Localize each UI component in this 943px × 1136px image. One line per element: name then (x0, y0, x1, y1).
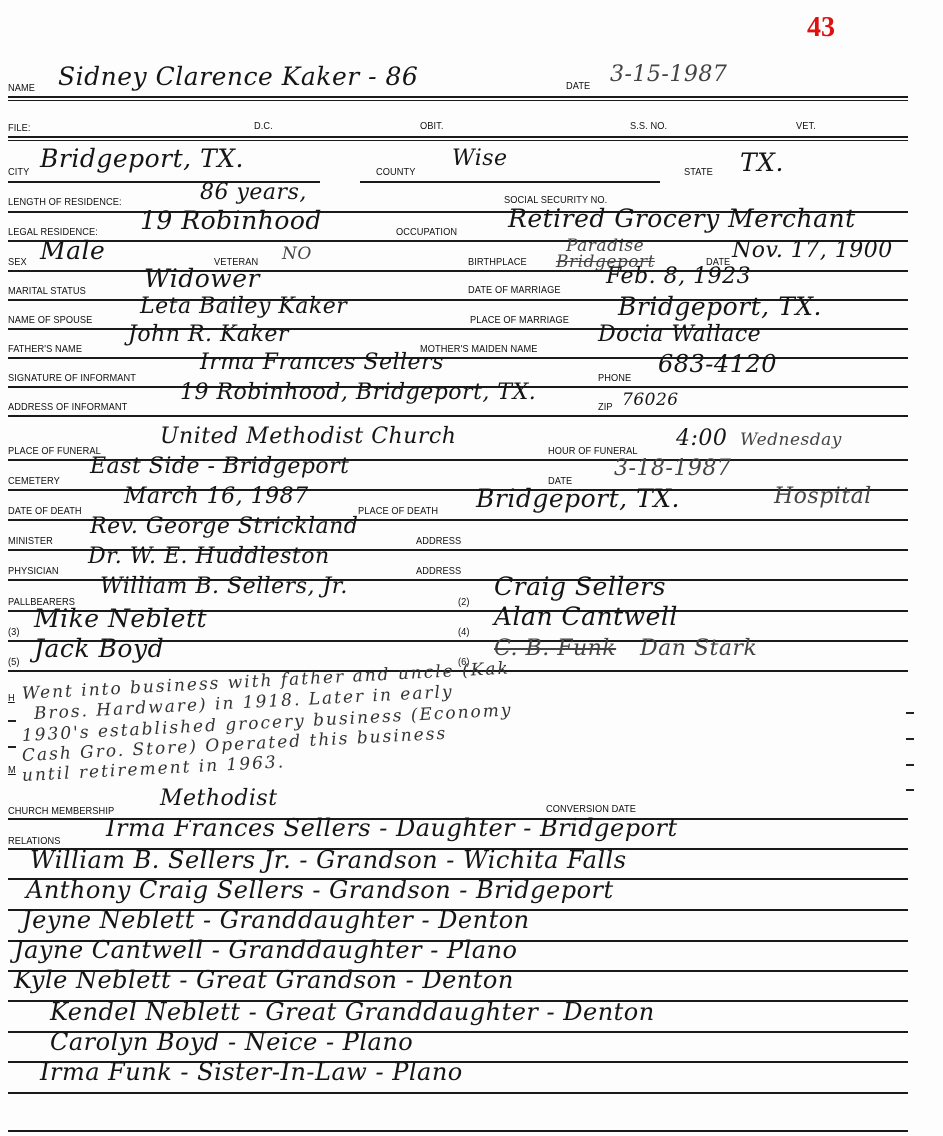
rule-file (8, 136, 908, 138)
marital-status-label: MARITAL STATUS (8, 285, 86, 297)
date-of-death-label: DATE OF DEATH (8, 505, 82, 517)
relation-4: Jeyne Neblett - Granddaughter - Denton (22, 906, 530, 934)
pallbearer-3: Mike Neblett (34, 604, 207, 633)
length-of-residence-label: LENGTH OF RESIDENCE: (8, 196, 122, 208)
pallbearer-4: Alan Cantwell (494, 602, 678, 631)
rule-rel-9 (8, 1092, 908, 1094)
date-of-marriage-value: Feb. 8, 1923 (606, 264, 751, 289)
h-label: H (8, 692, 15, 704)
vet-label: VET. (796, 120, 816, 132)
place-of-marriage-value: Bridgeport, TX. (618, 292, 822, 321)
marital-status-value: Widower (144, 264, 260, 293)
dash-mark (906, 764, 914, 766)
relation-1: Irma Frances Sellers - Daughter - Bridge… (106, 814, 678, 842)
date-of-death-value: March 16, 1987 (124, 484, 309, 509)
rule-name (8, 96, 908, 98)
dash-mark (906, 789, 914, 791)
cemetery-value: East Side - Bridgeport (90, 454, 350, 479)
place-of-death-note: Hospital (774, 484, 872, 509)
place-of-funeral-value: United Methodist Church (160, 424, 456, 449)
county-label: COUNTY (376, 166, 416, 178)
birthplace-value: Paradise (566, 236, 644, 256)
phone-value: 683-4120 (658, 350, 777, 378)
place-of-marriage-label: PLACE OF MARRIAGE (470, 314, 569, 326)
minister-address-label: ADDRESS (416, 535, 461, 547)
mothers-maiden-name-value: Docia Wallace (598, 322, 761, 347)
pallbearer-6-replacement: Dan Stark (640, 636, 757, 661)
minister-label: MINISTER (8, 535, 53, 547)
relation-2: William B. Sellers Jr. - Grandson - Wich… (30, 846, 627, 874)
relation-3: Anthony Craig Sellers - Grandson - Bridg… (26, 876, 614, 904)
hour-of-funeral-value: 4:00 (676, 426, 727, 451)
name-label: NAME (8, 82, 35, 94)
funeral-record-form: 43 NAME Sidney Clarence Kaker - 86 DATE … (0, 0, 943, 1136)
birthplace-label: BIRTHPLACE (468, 256, 527, 268)
pallbearer-6: C. B. Funk (494, 636, 616, 661)
zip-value: 76026 (622, 390, 679, 410)
minister-value: Rev. George Strickland (90, 514, 358, 539)
dc-label: D.C. (254, 120, 273, 132)
zip-label: ZIP (598, 401, 613, 413)
name-value: Sidney Clarence Kaker - 86 (58, 62, 418, 91)
dash-mark (906, 712, 914, 714)
phone-label: PHONE (598, 372, 631, 384)
fathers-name-label: FATHER'S NAME (8, 343, 82, 355)
signature-of-informant-label: SIGNATURE OF INFORMANT (8, 372, 136, 384)
rule-county (360, 181, 660, 183)
dash-mark (8, 746, 16, 748)
occupation-value: Retired Grocery Merchant (508, 204, 856, 233)
pallbearer-3-label: (3) (8, 626, 20, 638)
rule-rel-10 (8, 1130, 908, 1132)
place-of-death-value: Bridgeport, TX. (476, 484, 680, 513)
relation-7: Kendel Neblett - Great Granddaughter - D… (50, 998, 655, 1026)
place-of-death-label: PLACE OF DEATH (358, 505, 438, 517)
state-label: STATE (684, 166, 713, 178)
page-number: 43 (807, 12, 835, 44)
ss-no-label: S.S. NO. (630, 120, 667, 132)
m-label: M (8, 764, 16, 776)
sex-value: Male (40, 236, 105, 265)
pallbearer-5-label: (5) (8, 656, 20, 668)
cemetery-date-value: 3-18-1987 (614, 456, 731, 481)
name-of-spouse-label: NAME OF SPOUSE (8, 314, 92, 326)
hour-of-funeral-day: Wednesday (740, 430, 842, 450)
legal-residence-value: 19 Robinhood (140, 206, 322, 235)
sex-label: SEX (8, 256, 27, 268)
physician-value: Dr. W. E. Huddleston (88, 544, 330, 569)
address-of-informant-label: ADDRESS OF INFORMANT (8, 401, 127, 413)
relation-9: Irma Funk - Sister-In-Law - Plano (40, 1058, 463, 1086)
obit-label: OBIT. (420, 120, 444, 132)
date-of-marriage-label: DATE OF MARRIAGE (468, 284, 561, 296)
rule-sex (8, 270, 908, 272)
rule-address (8, 415, 908, 417)
cemetery-label: CEMETERY (8, 475, 60, 487)
relation-5: Jayne Cantwell - Granddaughter - Plano (14, 936, 517, 964)
signature-of-informant-value: Irma Frances Sellers (200, 350, 444, 375)
physician-address-label: ADDRESS (416, 565, 461, 577)
dash-mark (8, 720, 16, 722)
length-of-residence-value: 86 years, (200, 180, 307, 205)
church-membership-value: Methodist (160, 786, 278, 811)
pallbearer-5: Jack Boyd (34, 634, 164, 663)
name-of-spouse-value: Leta Bailey Kaker (140, 294, 347, 319)
occupation-label: OCCUPATION (396, 226, 457, 238)
date-value: 3-15-1987 (610, 62, 727, 87)
physician-label: PHYSICIAN (8, 565, 59, 577)
file-label: FILE: (8, 122, 31, 134)
address-of-informant-value: 19 Robinhood, Bridgeport, TX. (180, 380, 536, 405)
fathers-name-value: John R. Kaker (128, 322, 289, 347)
city-label: CITY (8, 166, 29, 178)
pallbearer-2-label: (2) (458, 596, 470, 608)
relation-6: Kyle Neblett - Great Grandson - Denton (14, 966, 514, 994)
birth-date-value: Nov. 17, 1900 (732, 238, 893, 263)
pallbearer-4-label: (4) (458, 626, 470, 638)
veteran-value: NO (282, 244, 312, 264)
pallbearer-2: Craig Sellers (494, 572, 666, 601)
city-value: Bridgeport, TX. (40, 144, 244, 173)
date-label: DATE (566, 80, 590, 92)
relation-8: Carolyn Boyd - Neice - Plano (50, 1028, 413, 1056)
county-value: Wise (452, 146, 508, 171)
state-value: TX. (740, 148, 784, 177)
pallbearer-1: William B. Sellers, Jr. (100, 574, 348, 599)
dash-mark (906, 738, 914, 740)
church-membership-label: CHURCH MEMBERSHIP (8, 805, 114, 817)
place-of-funeral-label: PLACE OF FUNERAL (8, 445, 101, 457)
